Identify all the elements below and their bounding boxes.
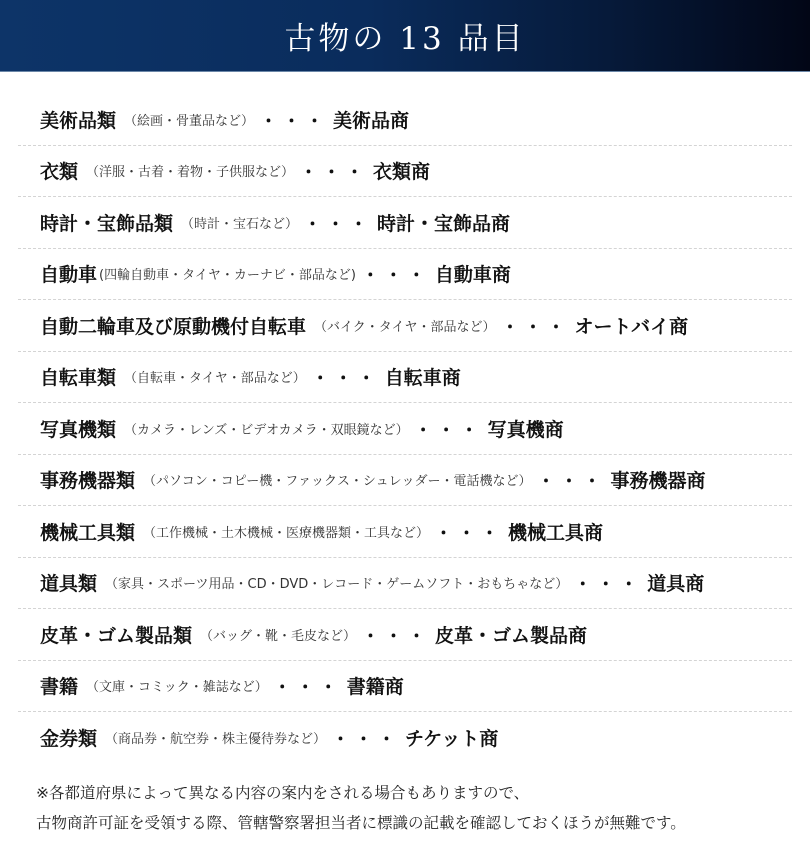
separator-dots: ・・・ bbox=[332, 725, 401, 750]
category-examples: （自転車・タイヤ・部品など） bbox=[124, 367, 306, 386]
category-examples: （絵画・骨董品など） bbox=[124, 110, 254, 129]
separator-dots: ・・・ bbox=[362, 622, 431, 647]
category-list: 美術品類 （絵画・骨董品など） ・・・ 美術品商 衣類 （洋服・古着・着物・子供… bbox=[0, 94, 810, 764]
list-item: 自転車類 （自転車・タイヤ・部品など） ・・・ 自転車商 bbox=[18, 352, 792, 404]
category-name: 事務機器類 bbox=[40, 466, 135, 493]
category-name: 衣類 bbox=[40, 157, 78, 184]
footnote: ※各都道府県によって異なる内容の案内をされる場合もありますので、 古物商許可証を… bbox=[0, 778, 810, 838]
list-item: 写真機類 （カメラ・レンズ・ビデオカメラ・双眼鏡など） ・・・ 写真機商 bbox=[18, 403, 792, 455]
dealer-type: 事務機器商 bbox=[610, 466, 705, 493]
dealer-type: 自動車商 bbox=[435, 260, 511, 287]
category-name: 金券類 bbox=[40, 724, 97, 751]
category-examples: （工作機械・土木機械・医療機器類・工具など） bbox=[143, 522, 429, 541]
footnote-line-2: 古物商許可証を受領する際、管轄警察署担当者に標識の記載を確認しておくほうが無難で… bbox=[36, 808, 810, 838]
category-examples: （時計・宝石など） bbox=[181, 213, 298, 232]
footnote-line-1: ※各都道府県によって異なる内容の案内をされる場合もありますので、 bbox=[36, 778, 810, 808]
category-examples: （商品券・航空券・株主優待券など） bbox=[105, 728, 326, 747]
dealer-type: 皮革・ゴム製品商 bbox=[435, 621, 587, 648]
category-name: 美術品類 bbox=[40, 106, 116, 133]
dealer-type: オートバイ商 bbox=[575, 312, 689, 339]
category-examples: （文庫・コミック・雑誌など） bbox=[86, 676, 268, 695]
separator-dots: ・・・ bbox=[435, 519, 504, 544]
category-name: 自動二輪車及び原動機付自転車 bbox=[40, 312, 306, 339]
dealer-type: 自転車商 bbox=[385, 363, 461, 390]
category-examples: （カメラ・レンズ・ビデオカメラ・双眼鏡など） bbox=[124, 419, 409, 438]
category-name: 写真機類 bbox=[40, 415, 116, 442]
category-name: 自動車 bbox=[40, 260, 97, 287]
category-examples: （バイク・タイヤ・部品など） bbox=[314, 316, 495, 335]
category-examples: （パソコン・コピー機・ファックス・シュレッダー・電話機など） bbox=[143, 470, 531, 489]
separator-dots: ・・・ bbox=[574, 570, 643, 595]
dealer-type: 時計・宝飾品商 bbox=[377, 209, 510, 236]
separator-dots: ・・・ bbox=[260, 107, 329, 132]
category-name: 書籍 bbox=[40, 672, 78, 699]
list-item: 皮革・ゴム製品類 （バッグ・靴・毛皮など） ・・・ 皮革・ゴム製品商 bbox=[18, 609, 792, 661]
separator-dots: ・・・ bbox=[300, 158, 369, 183]
category-examples: （家具・スポーツ用品・CD・DVD・レコード・ゲームソフト・おもちゃなど） bbox=[105, 573, 568, 592]
separator-dots: ・・・ bbox=[312, 364, 381, 389]
category-examples: （洋服・古着・着物・子供服など） bbox=[86, 161, 294, 180]
list-item: 時計・宝飾品類 （時計・宝石など） ・・・ 時計・宝飾品商 bbox=[18, 197, 792, 249]
title-banner: 古物の 13 品目 bbox=[0, 0, 810, 72]
list-item: 事務機器類 （パソコン・コピー機・ファックス・シュレッダー・電話機など） ・・・… bbox=[18, 455, 792, 507]
category-name: 自転車類 bbox=[40, 363, 116, 390]
dealer-type: 美術品商 bbox=[333, 106, 409, 133]
separator-dots: ・・・ bbox=[274, 673, 343, 698]
category-name: 道具類 bbox=[40, 569, 97, 596]
separator-dots: ・・・ bbox=[502, 313, 571, 338]
dealer-type: 書籍商 bbox=[347, 672, 404, 699]
separator-dots: ・・・ bbox=[362, 261, 431, 286]
category-name: 機械工具類 bbox=[40, 518, 135, 545]
dealer-type: 写真機商 bbox=[488, 415, 564, 442]
list-item: 自動二輪車及び原動機付自転車 （バイク・タイヤ・部品など） ・・・ オートバイ商 bbox=[18, 300, 792, 352]
list-item: 自動車 (四輪自動車・タイヤ・カーナビ・部品など) ・・・ 自動車商 bbox=[18, 249, 792, 301]
dealer-type: チケット商 bbox=[405, 724, 498, 751]
category-examples: （バッグ・靴・毛皮など） bbox=[200, 625, 356, 644]
category-name: 皮革・ゴム製品類 bbox=[40, 621, 192, 648]
separator-dots: ・・・ bbox=[304, 210, 373, 235]
category-examples: (四輪自動車・タイヤ・カーナビ・部品など) bbox=[99, 264, 356, 283]
list-item: 衣類 （洋服・古着・着物・子供服など） ・・・ 衣類商 bbox=[18, 146, 792, 198]
list-item: 書籍 （文庫・コミック・雑誌など） ・・・ 書籍商 bbox=[18, 661, 792, 713]
separator-dots: ・・・ bbox=[415, 416, 484, 441]
category-name: 時計・宝飾品類 bbox=[40, 209, 173, 236]
dealer-type: 機械工具商 bbox=[508, 518, 603, 545]
dealer-type: 衣類商 bbox=[373, 157, 430, 184]
separator-dots: ・・・ bbox=[537, 467, 606, 492]
list-item: 美術品類 （絵画・骨董品など） ・・・ 美術品商 bbox=[18, 94, 792, 146]
page-title: 古物の 13 品目 bbox=[284, 13, 525, 58]
list-item: 金券類 （商品券・航空券・株主優待券など） ・・・ チケット商 bbox=[18, 712, 792, 764]
list-item: 道具類 （家具・スポーツ用品・CD・DVD・レコード・ゲームソフト・おもちゃなど… bbox=[18, 558, 792, 610]
list-item: 機械工具類 （工作機械・土木機械・医療機器類・工具など） ・・・ 機械工具商 bbox=[18, 506, 792, 558]
dealer-type: 道具商 bbox=[647, 569, 704, 596]
